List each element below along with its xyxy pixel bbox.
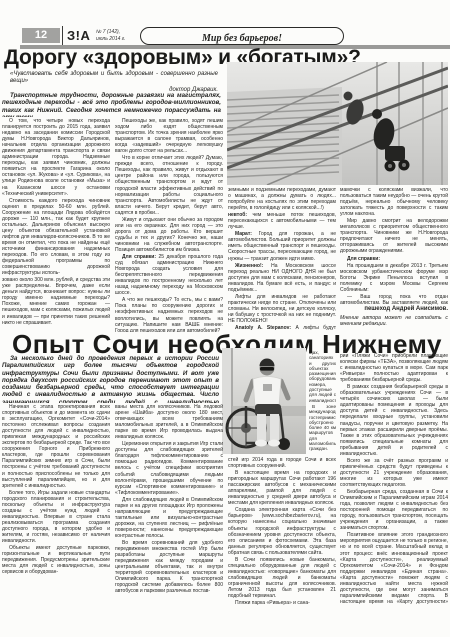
paragraph: Пешеходы же, как правило, ходят пешим хо… [115, 118, 223, 154]
wheelchair-man-photo-image [222, 348, 306, 454]
paragraph: Позитивное влияние этого грандиозного ме… [340, 532, 448, 604]
paragraph: невтоб: чем меньше поток пешеходов, пере… [228, 212, 336, 230]
paragraph: Марат: Город для горожан, а не автомобил… [228, 231, 336, 261]
epigraph-text: «Чувствовать себя здоровым и быть здоров… [10, 71, 218, 85]
article2-lead: За несколько дней до проведения первых в… [2, 355, 219, 403]
section-banner: Мир без барьеров! [140, 27, 344, 45]
issue-info: № 7 (142), июль 2014 г. [96, 29, 126, 42]
paragraph: — Ваш город пока что отдан автомобилиста… [340, 294, 448, 305]
paragraph: Безбарьерная среда, созданная в Сочи к О… [340, 489, 448, 531]
paragraph: В рамках создания безбарьерной среды в о… [340, 384, 448, 457]
paragraph: В настоящее время на городских и пригоро… [228, 470, 336, 506]
paragraph: Для справки: 25 декабря прошлого года су… [115, 254, 223, 296]
paragraph: В Сочи появились новые банкоматы, специа… [228, 557, 336, 599]
paragraph: Более того, Игры задали новые стандарты … [2, 490, 110, 544]
paragraph: Стоимость каждого перехода чиновник оцен… [2, 198, 110, 277]
paragraph: Во время соревнований для удобного перед… [115, 540, 223, 594]
paragraph: рии «Пляжи Сочи» приобрели плавающие кол… [340, 353, 448, 383]
paragraph: стей игр 2014 года в городе Сочи и всех … [228, 457, 336, 469]
article1-byline: пешеход Андрей Анисимов. [340, 306, 448, 312]
paragraph: земными и подземными переходами, думают … [228, 187, 336, 211]
paragraph: Жизненно!: На Московском шоссе переход р… [228, 263, 336, 293]
article2-column-2: ваны места для колясочников. На ледовой … [115, 404, 223, 603]
paragraph: Всего же за счёт разных программ и привл… [340, 458, 448, 488]
paragraph: А что же пешеходы? То есть, мы с вами? П… [115, 297, 223, 332]
paragraph: Объекты имеют доступные парковки, горизо… [2, 545, 110, 575]
paragraph: Пляжи парка «Ривьера» и сана- [228, 600, 336, 605]
article2-column-3: стей игр 2014 года в городе Сочи и всех … [228, 457, 336, 605]
article2-photo-side-column: щах, санаториях и других объектах размещ… [309, 350, 336, 453]
article1-disclaimer: Мнение автора может не совпадать с мнени… [340, 315, 448, 327]
masthead-divider [62, 26, 63, 45]
article2-photo [222, 348, 306, 454]
article1-epigraph: «Чувствовать себя здоровым и быть здоров… [10, 71, 218, 94]
newspaper-logo: З!А [67, 28, 90, 43]
paragraph: Лифты для инвалидов не работают практиче… [228, 294, 336, 324]
article2-column-4: рии «Пляжи Сочи» приобрели плавающие кол… [340, 353, 448, 604]
article1-column-3: земными и подземными переходами, думают … [228, 187, 336, 331]
paragraph: Для справки: [340, 256, 448, 262]
overpass-stairs-photo-image [227, 62, 448, 185]
paragraph: В зоне международного гостеприимства обу… [309, 404, 336, 453]
article1-photo [227, 62, 448, 185]
article2-column-1: Начиная с этапа проектирования всех спор… [2, 404, 110, 575]
paragraph: Живут и отдыхают они обычно за городом и… [115, 217, 223, 253]
paragraph: ваны места для колясочников. На ледовой … [115, 404, 223, 440]
paragraph: щах, санаториях и других объектах размещ… [309, 350, 336, 403]
paragraph: Что в корне отличает этих людей? Думаю, … [115, 155, 223, 215]
paragraph: Создана электронная карта «Сочи без барь… [228, 507, 336, 555]
paragraph: мамочки с колясками визжали, что пользов… [340, 187, 448, 217]
section-title: Мир без барьеров! [202, 33, 282, 44]
paragraph: Начиная с этапа проектирования всех спор… [2, 404, 110, 489]
paragraph: На прошедшем в декабре 2013 г. Третьем м… [340, 263, 448, 293]
paragraph: Мир давно смотрит на велодорожки мегапол… [340, 218, 448, 254]
article1-column-1: О том, что четыре новых перехода планиру… [2, 118, 110, 331]
article1-column-4: мамочки с колясками визжали, что пользов… [340, 187, 448, 305]
issue-date: июль 2014 г. [96, 36, 126, 43]
article1-column-2: Пешеходы же, как правило, ходят пешим хо… [115, 118, 223, 332]
paragraph: Для слабовидящих людей в Олимпийском пар… [115, 497, 223, 539]
paragraph: зовано около 300 млн. рублей, и средства… [2, 277, 110, 325]
paragraph: О том, что четыре новых перехода планиру… [2, 118, 110, 197]
paragraph: Церемонии открытия и закрытия Игр стали … [115, 441, 223, 495]
page-number: 12 [22, 28, 60, 43]
newspaper-page: 12 З!А № 7 (142), июль 2014 г. Мир без б… [0, 0, 450, 637]
article1-lead: Транспортные трудности, дорожные развязк… [2, 92, 221, 117]
